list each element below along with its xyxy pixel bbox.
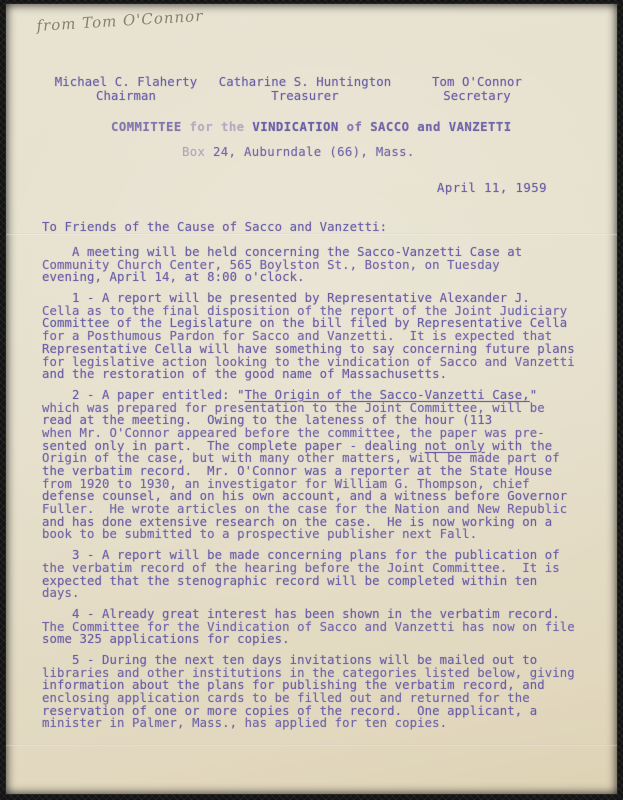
body-line: some 325 applications for copies. (42, 633, 602, 646)
text-segment: COMMITTEE (111, 120, 190, 134)
body-line: expected that the stenographic record wi… (42, 575, 602, 588)
paragraph: 4 - Already great interest has been show… (42, 608, 602, 646)
salutation: To Friends of the Cause of Sacco and Van… (42, 220, 387, 234)
officer-name: Tom O'Connor (431, 75, 523, 89)
body-line: Fuller. He wrote articles on the case fo… (42, 503, 602, 516)
body-line: 2 - A paper entitled: "The Origin of the… (42, 389, 602, 402)
body-line: 3 - A report will be made concerning pla… (42, 549, 602, 562)
body-line: book to be submitted to a prospective pu… (42, 528, 602, 541)
text-segment: 2 - A paper entitled: " (42, 388, 245, 402)
paragraph: 5 - During the next ten days invitations… (42, 654, 602, 730)
text-segment: VINDICATION (252, 120, 338, 134)
body-line: from 1920 to 1930, an investigator for W… (42, 478, 602, 491)
officer: Tom O'ConnorSecretary (431, 75, 523, 103)
paragraph: A meeting will be held concerning the Sa… (42, 246, 602, 284)
officer-name: Catharine S. Huntington (217, 75, 393, 89)
body-line: 4 - Already great interest has been show… (42, 608, 602, 621)
body-line: minister in Palmer, Mass., has applied f… (42, 717, 602, 730)
body-line: days. (42, 587, 602, 600)
officer-title: Chairman (53, 89, 199, 103)
officer-title: Secretary (431, 89, 523, 103)
paragraph: 3 - A report will be made concerning pla… (42, 549, 602, 600)
text-segment: Box (182, 145, 213, 159)
officer-title: Treasurer (217, 89, 393, 103)
officer: Michael C. FlahertyChairman (53, 75, 199, 103)
body-line: and the restoration of the good name of … (42, 368, 602, 381)
letter-page: from Tom O'Connor Michael C. FlahertyCha… (6, 4, 617, 794)
body-line: when Mr. O'Connor appeared before the co… (42, 427, 602, 440)
body-line: libraries and other institutions in the … (42, 667, 602, 680)
text-segment: " (530, 388, 538, 402)
body-line: 1 - A report will be presented by Repres… (42, 292, 602, 305)
body-line: evening, April 14, at 8:00 o'clock. (42, 271, 602, 284)
committee-name: COMMITTEE for the VINDICATION of SACCO a… (111, 120, 531, 134)
paragraph: 2 - A paper entitled: "The Origin of the… (42, 389, 602, 541)
body-line: the verbatim record. Mr. O'Connor was a … (42, 465, 602, 478)
handwritten-note: from Tom O'Connor (36, 7, 204, 35)
body-line: 5 - During the next ten days invitations… (42, 654, 602, 667)
text-segment: SACCO and VANZETTI (370, 120, 511, 134)
date-line: April 11, 1959 (437, 181, 547, 195)
fold-crease-bottom (6, 744, 617, 747)
paragraph: 1 - A report will be presented by Repres… (42, 292, 602, 381)
body-line: for legislative action looking to the vi… (42, 356, 602, 369)
body-line: the verbatim record of the hearing befor… (42, 562, 602, 575)
body-line: Cella as to the final disposition of the… (42, 305, 602, 318)
body-line: A meeting will be held concerning the Sa… (42, 246, 602, 259)
officer: Catharine S. HuntingtonTreasurer (217, 75, 393, 103)
letter-body: A meeting will be held concerning the Sa… (42, 246, 602, 738)
body-line: Origin of the case, but with many other … (42, 452, 602, 465)
body-line: Community Church Center, 565 Boylston St… (42, 259, 602, 272)
text-segment: The Origin of the Sacco-Vanzetti Case, (245, 388, 530, 402)
officer-name: Michael C. Flaherty (53, 75, 199, 89)
text-segment: of (339, 120, 370, 134)
body-line: which was prepared for presentation to t… (42, 402, 602, 415)
body-line: enclosing application cards to be filled… (42, 692, 602, 705)
text-segment: for the (190, 120, 253, 134)
text-segment: 24, Auburndale (66), Mass. (213, 145, 415, 159)
body-line: The Committee for the Vindication of Sac… (42, 621, 602, 634)
body-line: Representative Cella will have something… (42, 343, 602, 356)
body-line: for a Posthumous Pardon for Sacco and Va… (42, 330, 602, 343)
scan-background: from Tom O'Connor Michael C. FlahertyCha… (0, 0, 623, 800)
committee-address: Box 24, Auburndale (66), Mass. (182, 145, 415, 159)
